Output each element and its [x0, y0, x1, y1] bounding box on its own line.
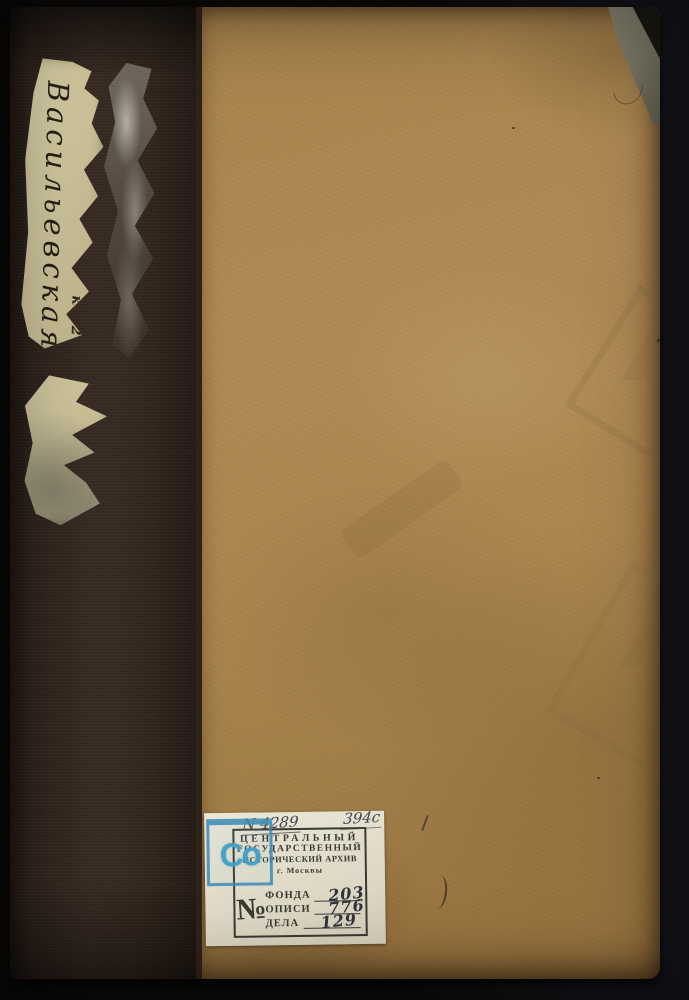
book-cover: Васильевская кн.2 N 4289 394с Со ЦЕНТРАЛ…	[10, 7, 660, 979]
fond-label: ФОНДА	[265, 891, 310, 902]
archive-catalog-label: N 4289 394с Со ЦЕНТРАЛЬНЫЙ ГОСУДАРСТВЕНН…	[204, 811, 386, 947]
paper-speck	[597, 777, 600, 779]
embossed-stamp-watermark	[565, 285, 660, 477]
faint-emboss-mark	[339, 458, 465, 560]
paper-speck	[512, 127, 515, 129]
stamp-letters: Со	[219, 836, 261, 871]
delo-value-line: 129	[303, 913, 361, 928]
catalog-field-rows: ФОНДА 203 ОПИСИ 776 ДЕЛА	[265, 885, 361, 932]
photo-of-archival-book: Васильевская кн.2 N 4289 394с Со ЦЕНТРАЛ…	[0, 0, 689, 1000]
paper-speck	[657, 339, 660, 342]
handwritten-code: 394с	[340, 808, 383, 830]
blue-ink-stamp: Со	[206, 818, 273, 886]
embossed-stamp-watermark	[545, 561, 660, 798]
delo-value: 129	[320, 912, 358, 932]
delo-row: ДЕЛА 129	[266, 914, 361, 929]
spine-title-handwriting: Васильевская	[36, 80, 72, 343]
numero-symbol: №	[236, 886, 267, 934]
catalog-fields: № ФОНДА 203 ОПИСИ 776	[237, 885, 361, 933]
delo-label: ДЕЛА	[266, 918, 300, 929]
